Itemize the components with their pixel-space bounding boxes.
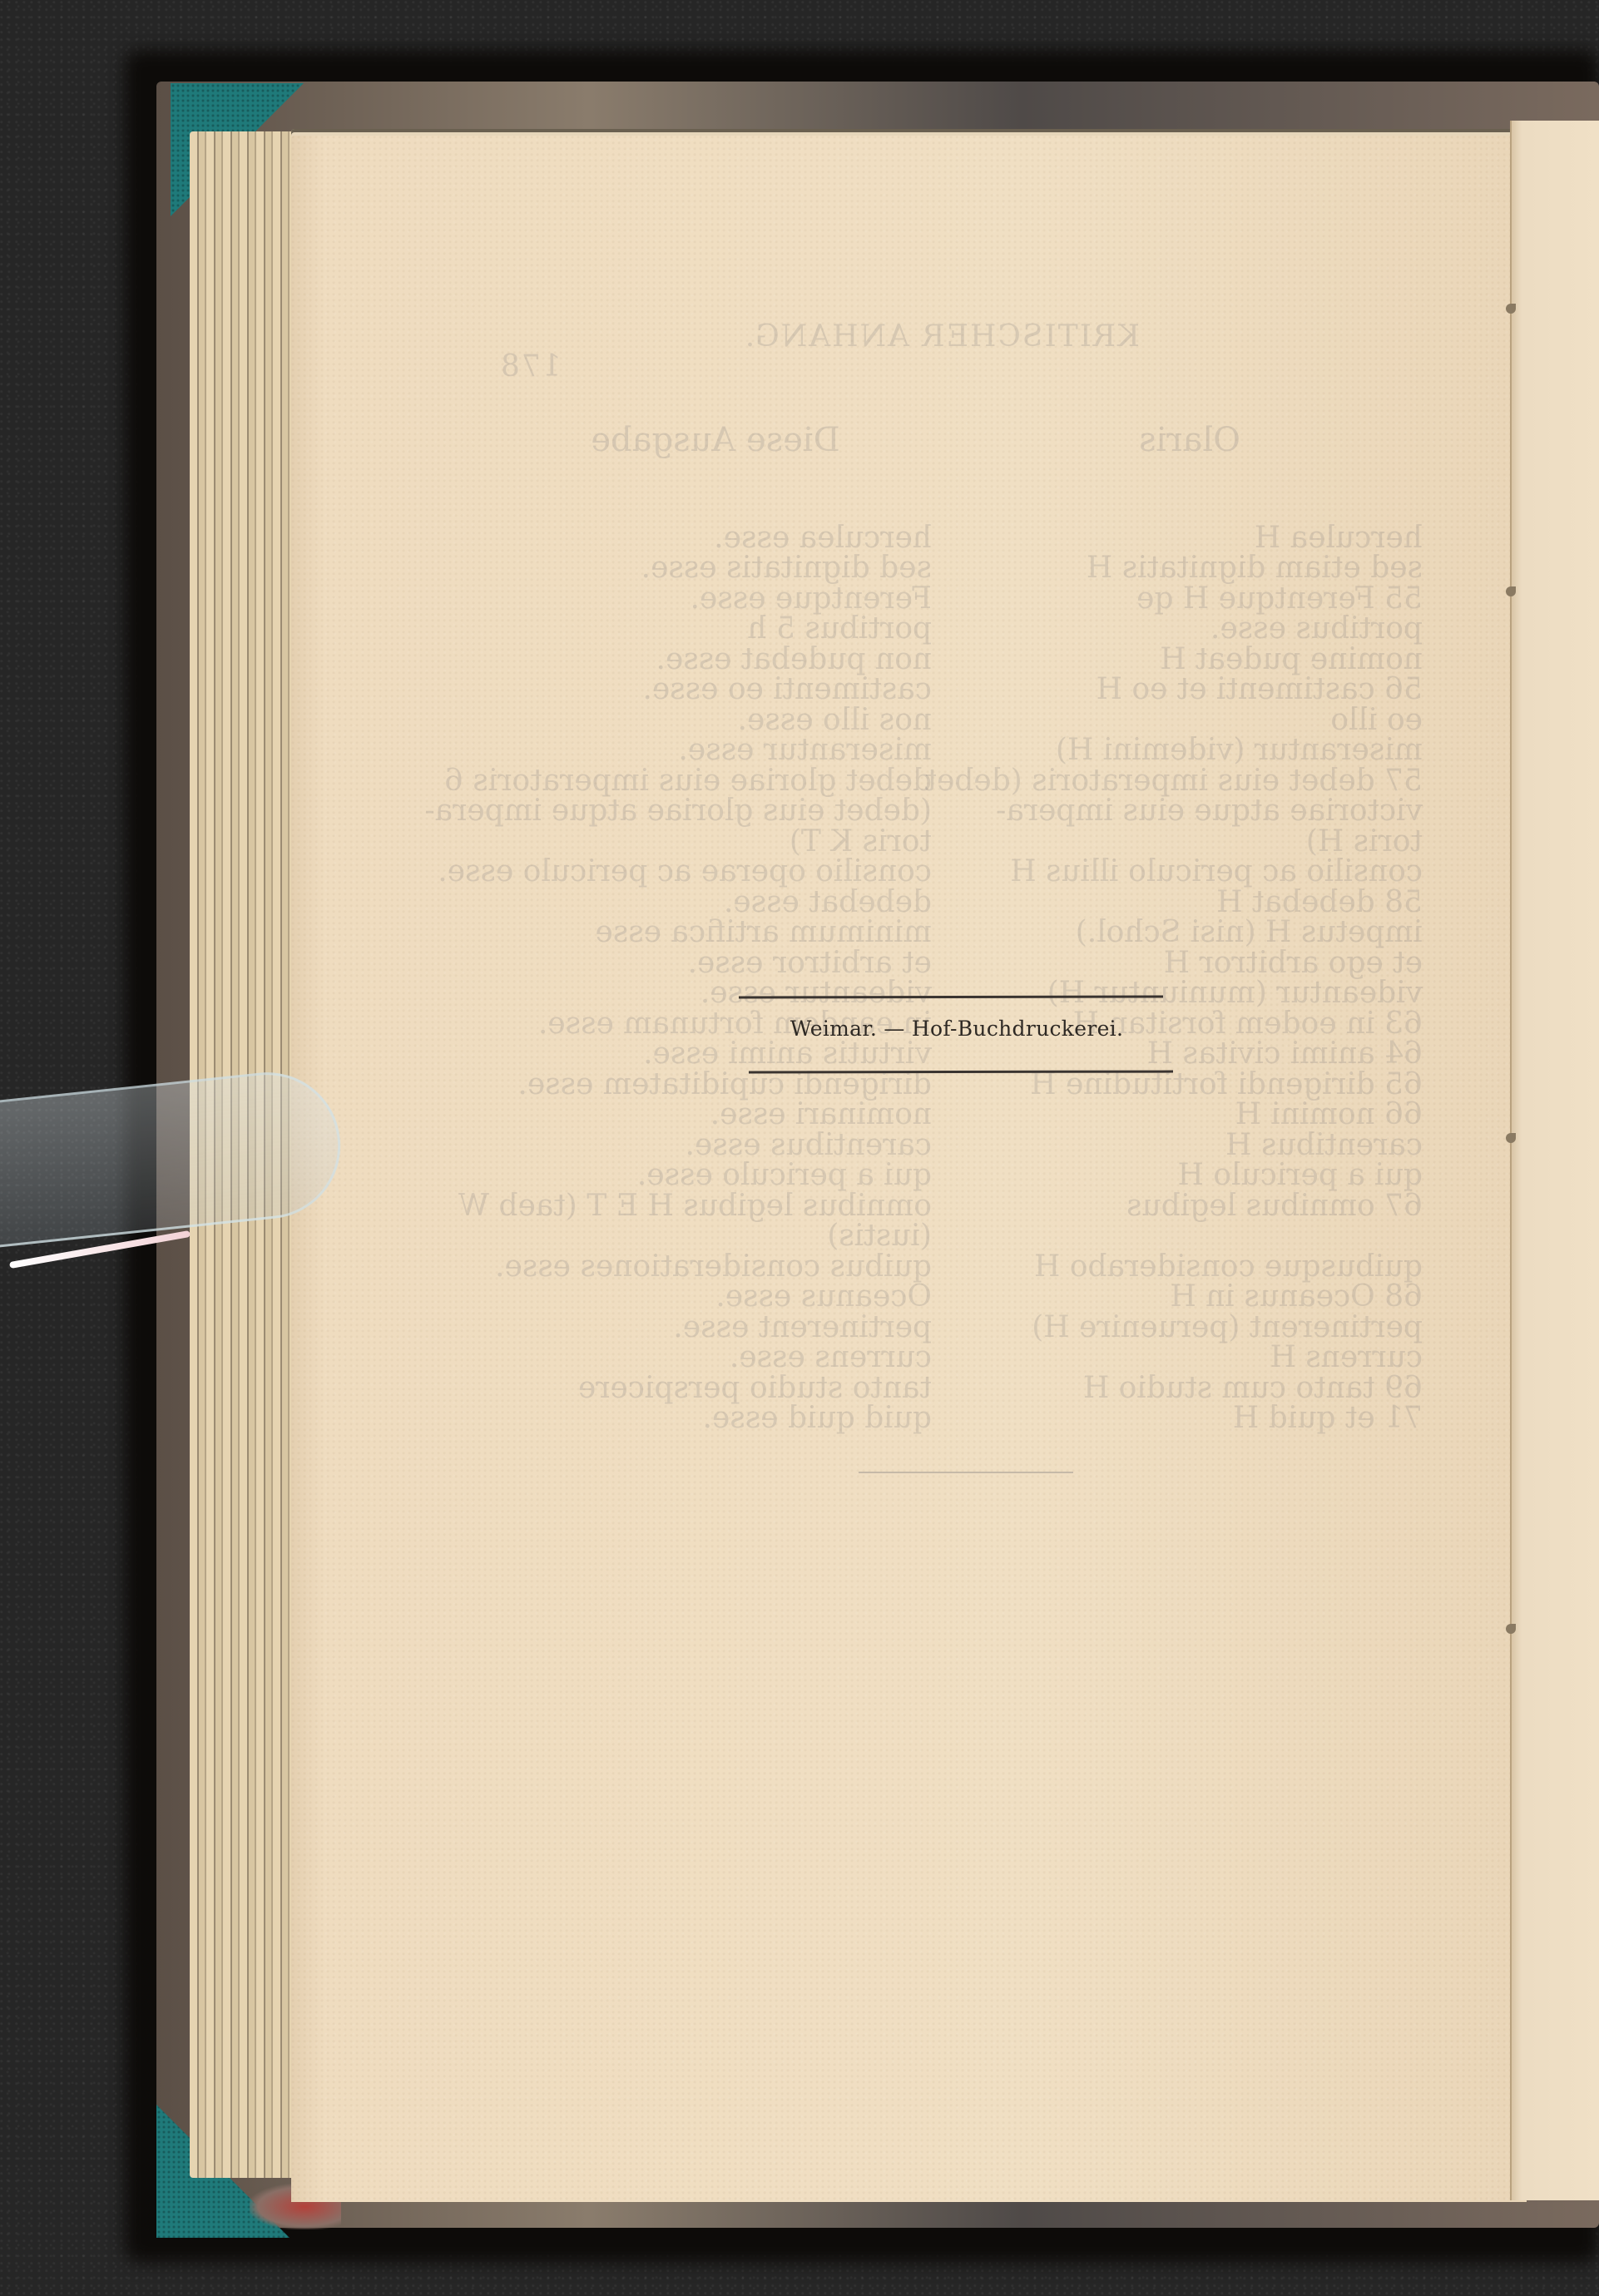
bleed-through-column-right: Diese Ausgabe herculea esse. sed dignita… <box>499 364 932 1464</box>
next-page-edge <box>1510 121 1599 2200</box>
bleed-column-head: Olaris <box>957 425 1423 456</box>
bleed-through-rule <box>859 1472 1073 1473</box>
bleed-column-text: herculea H sed etiam dignitatis H 55 Fer… <box>957 523 1423 1434</box>
page-tear-notch <box>1506 304 1516 314</box>
page-tear-notch <box>1506 1133 1516 1143</box>
bleed-column-head: Diese Ausgabe <box>499 425 932 456</box>
bleed-through-column-left: Olaris herculea H sed etiam dignitatis H… <box>957 364 1423 1464</box>
bleed-page-number: KRITISCHER ANHANG. <box>744 322 1140 353</box>
page-tear-notch <box>1506 1624 1516 1634</box>
printer-colophon: Weimar. — Hof-Buchdruckerei. <box>732 1017 1181 1041</box>
bleed-column-text: herculea esse. sed dignitatis esse. Fere… <box>499 523 932 1434</box>
page-tear-notch <box>1506 586 1516 596</box>
